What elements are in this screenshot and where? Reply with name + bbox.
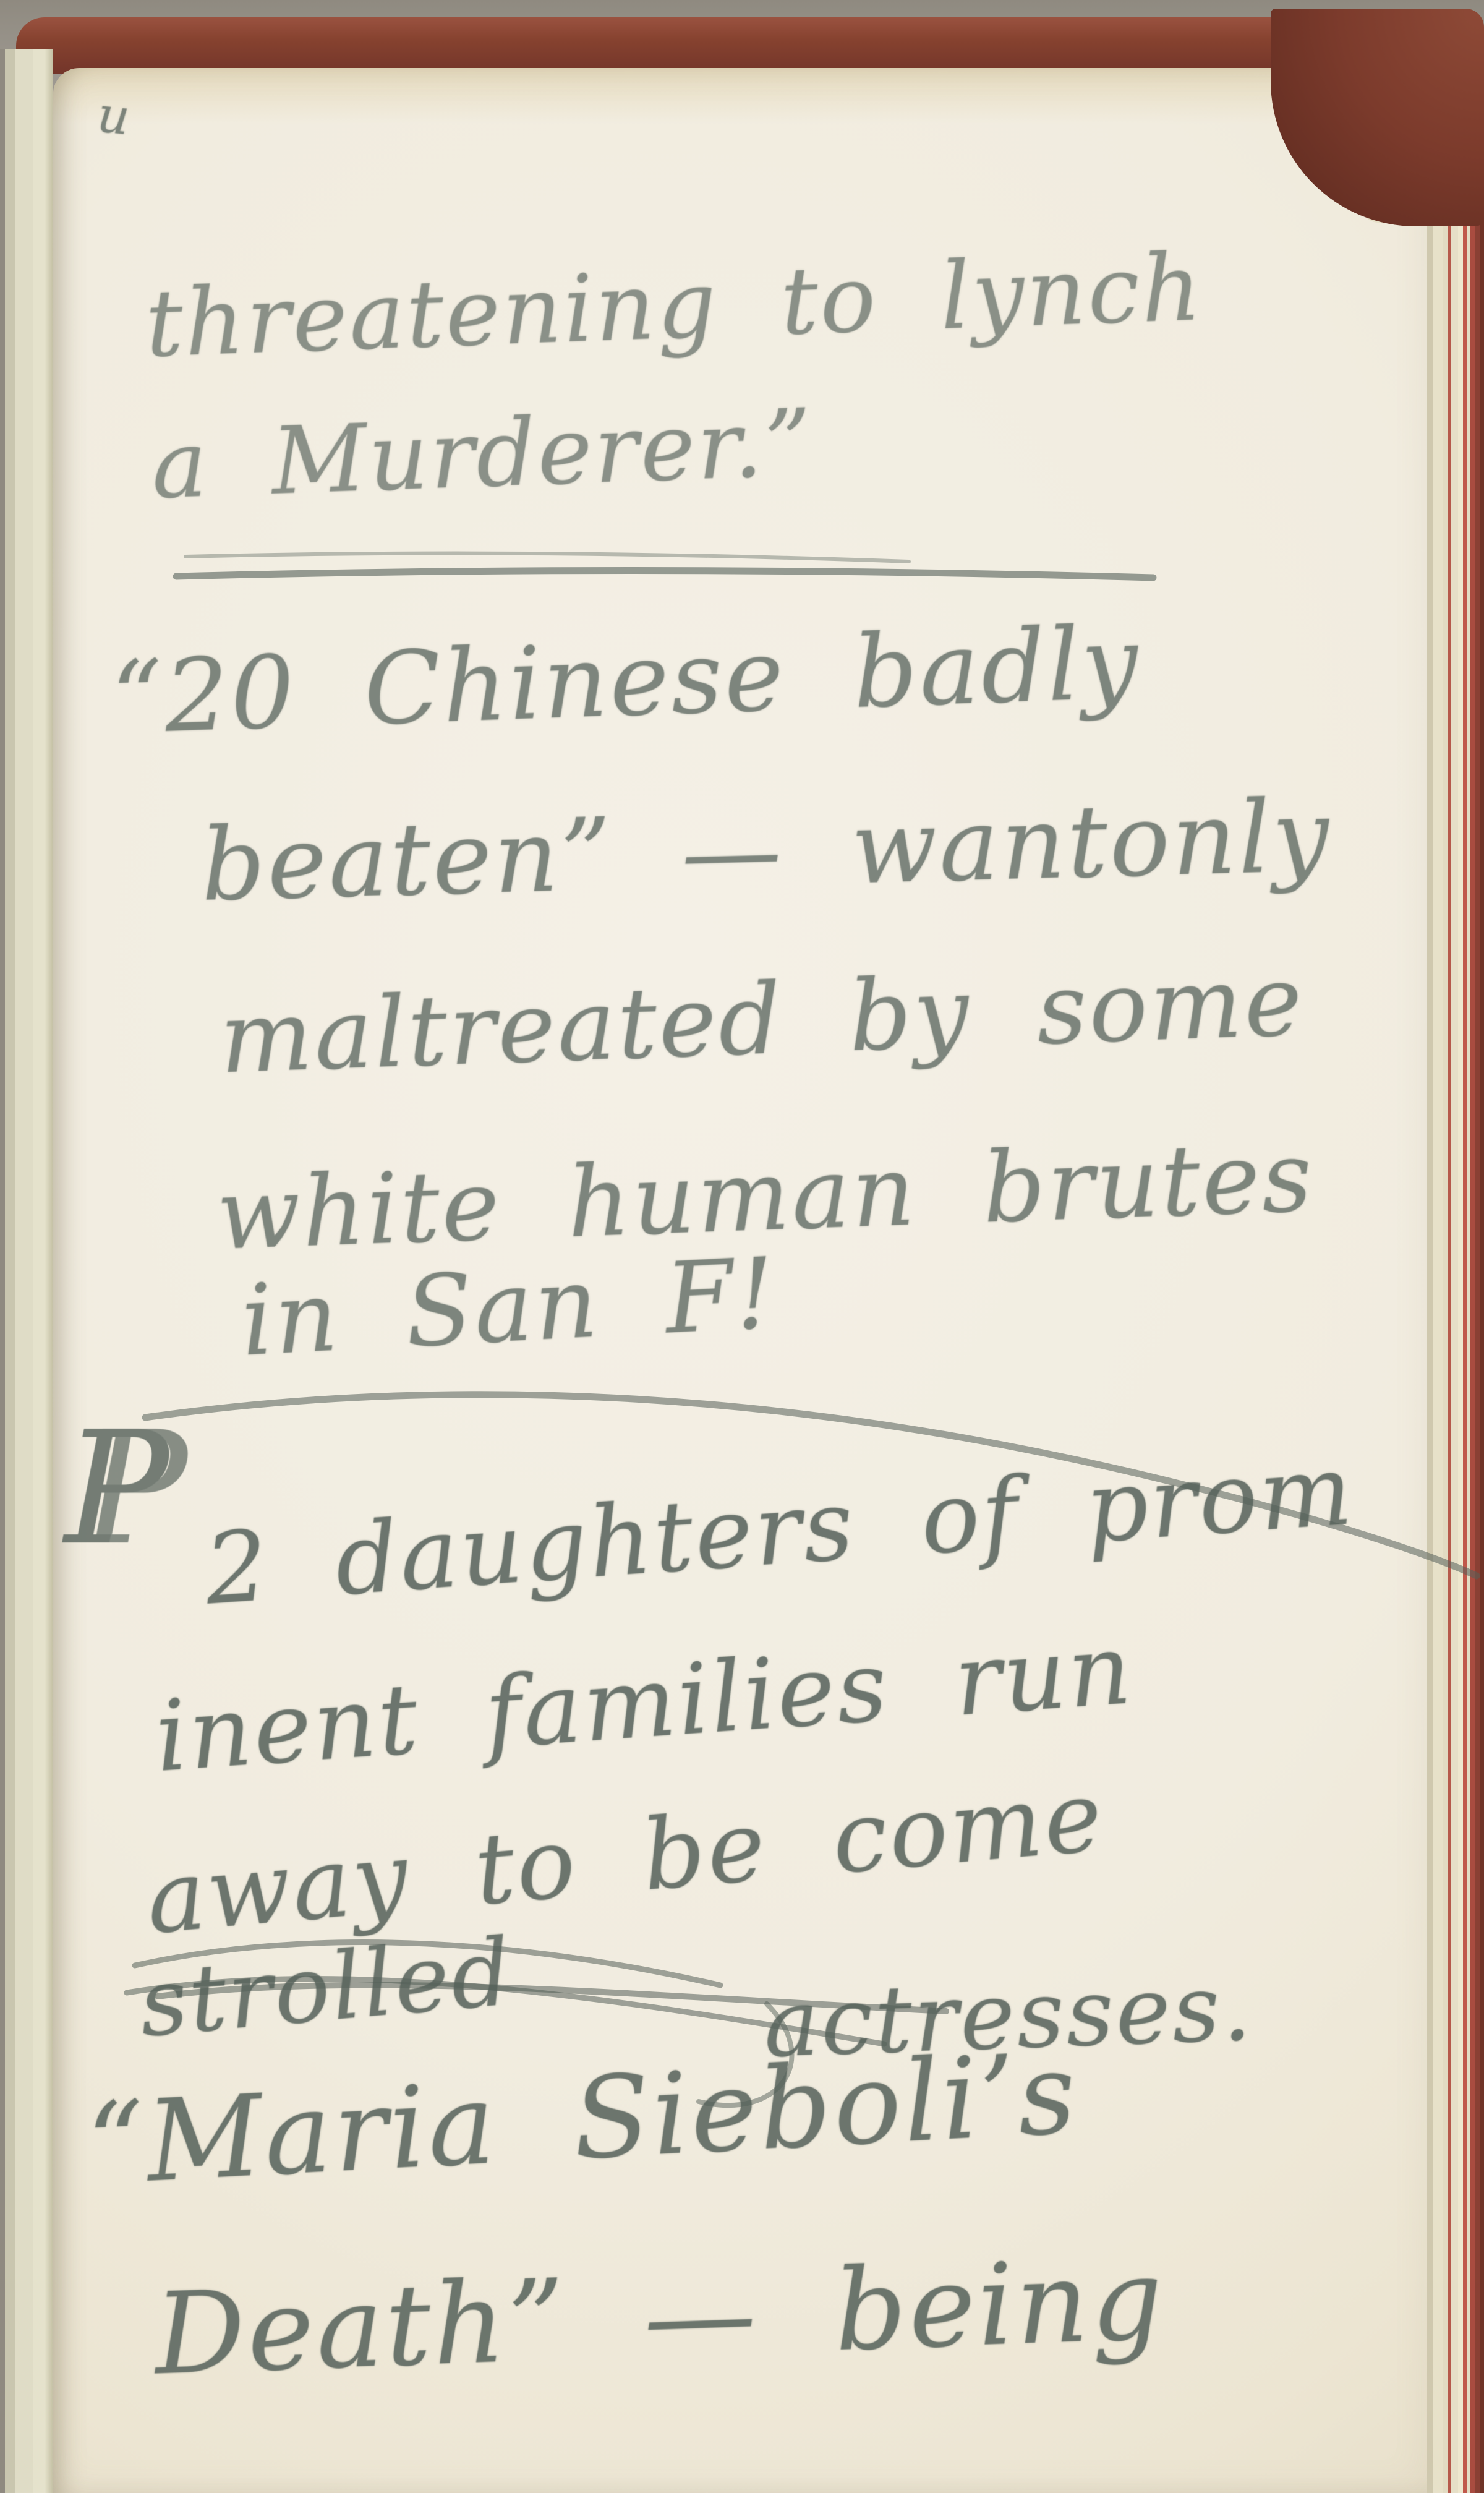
page-gutter: [0, 49, 53, 2493]
page-edge-stack: [1427, 209, 1484, 2493]
notebook-cover-top-edge: [16, 17, 1459, 74]
corner-mark: u: [95, 90, 133, 142]
handwriting-line-in-san-f: in San F!: [239, 1244, 778, 1370]
handwriting-line-murderer: a Murderer.”: [150, 396, 815, 512]
handwriting-line-beaten-wantonly: beaten” — wantonly: [200, 786, 1332, 916]
notebook-photo: u threatening to lynch a Murderer.” “20 …: [0, 0, 1484, 2493]
handwriting-line-death-being: Death” — being: [153, 2243, 1166, 2391]
paragraph-mark-stroke: P: [83, 1411, 188, 1567]
